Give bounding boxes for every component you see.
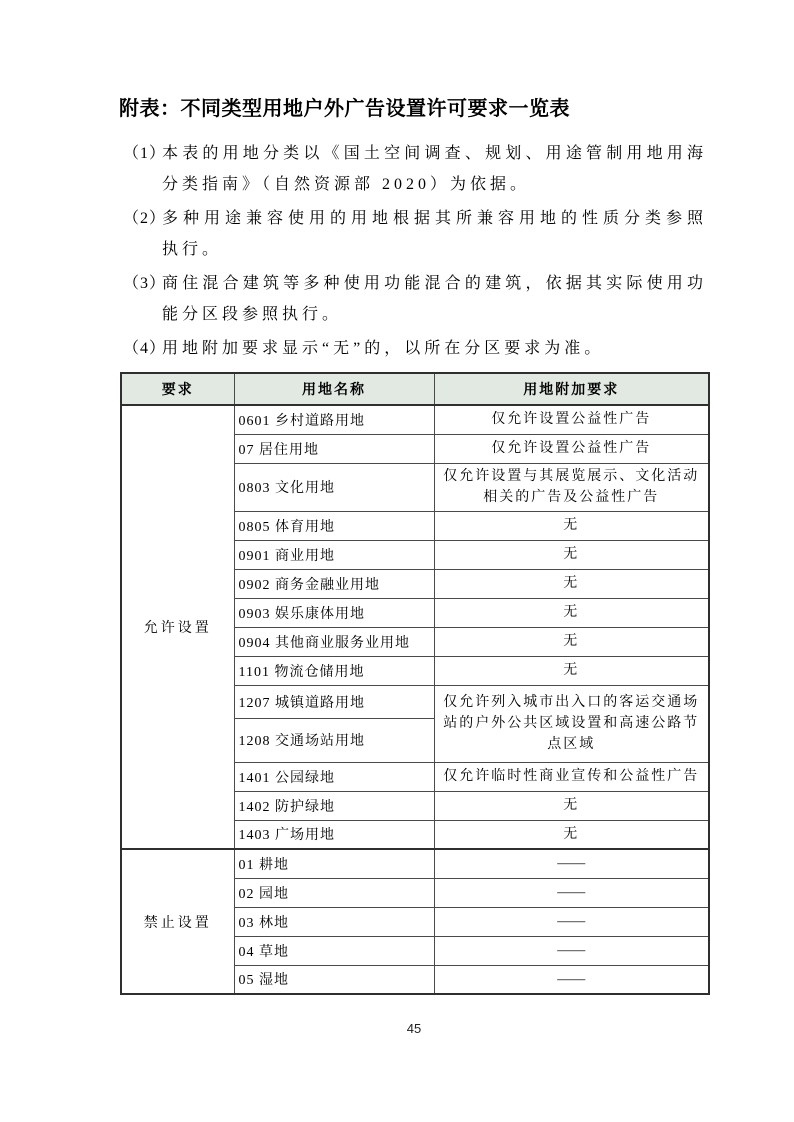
- document-page: 附表：不同类型用地户外广告设置许可要求一览表 （1） 本表的用地分类以《国土空间…: [0, 0, 794, 1122]
- cell-land-name: 01 耕地: [234, 849, 434, 878]
- cell-land-name: 0805 体育用地: [234, 511, 434, 540]
- cell-additional-requirement: 仅允许设置公益性广告: [434, 434, 709, 463]
- cell-land-name: 0803 文化用地: [234, 463, 434, 511]
- cell-additional-requirement: ——: [434, 965, 709, 994]
- cell-land-name: 1402 防护绿地: [234, 791, 434, 820]
- column-header-additional-requirement: 用地附加要求: [434, 373, 709, 405]
- cell-land-name: 1207 城镇道路用地: [234, 685, 434, 718]
- cell-land-name: 02 园地: [234, 878, 434, 907]
- note-line: 能分区段参照执行。: [162, 299, 707, 330]
- note-line: 分类指南》（自然资源部 2020）为依据。: [162, 169, 707, 200]
- table-row: 允许设置 0601 乡村道路用地 仅允许设置公益性广告: [121, 405, 709, 434]
- notes-list: （1） 本表的用地分类以《国土空间调查、规划、用途管制用地用海 分类指南》（自然…: [123, 138, 794, 364]
- note-line: 执行。: [162, 234, 707, 265]
- cell-additional-requirement: 无: [434, 820, 709, 849]
- cell-land-name: 0904 其他商业服务业用地: [234, 627, 434, 656]
- cell-land-name: 1101 物流仓储用地: [234, 656, 434, 685]
- cell-additional-requirement: ——: [434, 878, 709, 907]
- cell-additional-requirement: 无: [434, 656, 709, 685]
- page-number: 45: [120, 1021, 708, 1036]
- note-line: 商住混合建筑等多种使用功能混合的建筑，依据其实际使用功: [162, 268, 707, 299]
- note-line: 多种用途兼容使用的用地根据其所兼容用地的性质分类参照: [162, 203, 707, 234]
- table-row: 禁止设置 01 耕地 ——: [121, 849, 709, 878]
- section-label-allowed: 允许设置: [121, 405, 234, 849]
- cell-additional-requirement-merged: 仅允许列入城市出入口的客运交通场站的户外公共区域设置和高速公路节点区域: [434, 685, 709, 762]
- note-number: （2）: [123, 203, 162, 265]
- column-header-land-name: 用地名称: [234, 373, 434, 405]
- note-item-3: （3） 商住混合建筑等多种使用功能混合的建筑，依据其实际使用功 能分区段参照执行…: [123, 268, 794, 330]
- page-title: 附表：不同类型用地户外广告设置许可要求一览表: [119, 96, 794, 122]
- cell-land-name: 0903 娱乐康体用地: [234, 598, 434, 627]
- note-number: （3）: [123, 268, 162, 330]
- note-text: 多种用途兼容使用的用地根据其所兼容用地的性质分类参照 执行。: [162, 203, 707, 265]
- section-label-prohibited: 禁止设置: [121, 849, 234, 994]
- cell-land-name: 0901 商业用地: [234, 540, 434, 569]
- cell-land-name: 04 草地: [234, 936, 434, 965]
- cell-additional-requirement: 无: [434, 791, 709, 820]
- land-use-permit-table: 要求 用地名称 用地附加要求 允许设置 0601 乡村道路用地 仅允许设置公益性…: [120, 372, 710, 995]
- cell-additional-requirement: 仅允许临时性商业宣传和公益性广告: [434, 762, 709, 791]
- note-text: 用地附加要求显示“无”的，以所在分区要求为准。: [162, 333, 707, 364]
- cell-land-name: 07 居住用地: [234, 434, 434, 463]
- cell-additional-requirement: 无: [434, 598, 709, 627]
- cell-land-name: 0902 商务金融业用地: [234, 569, 434, 598]
- cell-additional-requirement: ——: [434, 907, 709, 936]
- cell-land-name: 1401 公园绿地: [234, 762, 434, 791]
- cell-additional-requirement: 无: [434, 569, 709, 598]
- column-header-requirement: 要求: [121, 373, 234, 405]
- note-text: 商住混合建筑等多种使用功能混合的建筑，依据其实际使用功 能分区段参照执行。: [162, 268, 707, 330]
- cell-additional-requirement: 仅允许设置公益性广告: [434, 405, 709, 434]
- cell-land-name: 1403 广场用地: [234, 820, 434, 849]
- note-text: 本表的用地分类以《国土空间调查、规划、用途管制用地用海 分类指南》（自然资源部 …: [162, 138, 707, 200]
- cell-additional-requirement: ——: [434, 936, 709, 965]
- note-item-4: （4） 用地附加要求显示“无”的，以所在分区要求为准。: [123, 333, 794, 364]
- cell-additional-requirement: 仅允许设置与其展览展示、文化活动相关的广告及公益性广告: [434, 463, 709, 511]
- note-number: （1）: [123, 138, 162, 200]
- cell-additional-requirement: 无: [434, 511, 709, 540]
- cell-additional-requirement: 无: [434, 627, 709, 656]
- cell-additional-requirement: 无: [434, 540, 709, 569]
- note-line: 本表的用地分类以《国土空间调查、规划、用途管制用地用海: [162, 138, 707, 169]
- cell-additional-requirement: ——: [434, 849, 709, 878]
- cell-land-name: 1208 交通场站用地: [234, 718, 434, 762]
- table-header-row: 要求 用地名称 用地附加要求: [121, 373, 709, 405]
- note-line: 用地附加要求显示“无”的，以所在分区要求为准。: [162, 333, 707, 364]
- cell-land-name: 03 林地: [234, 907, 434, 936]
- cell-land-name: 05 湿地: [234, 965, 434, 994]
- note-item-2: （2） 多种用途兼容使用的用地根据其所兼容用地的性质分类参照 执行。: [123, 203, 794, 265]
- note-item-1: （1） 本表的用地分类以《国土空间调查、规划、用途管制用地用海 分类指南》（自然…: [123, 138, 794, 200]
- cell-land-name: 0601 乡村道路用地: [234, 405, 434, 434]
- note-number: （4）: [123, 333, 162, 364]
